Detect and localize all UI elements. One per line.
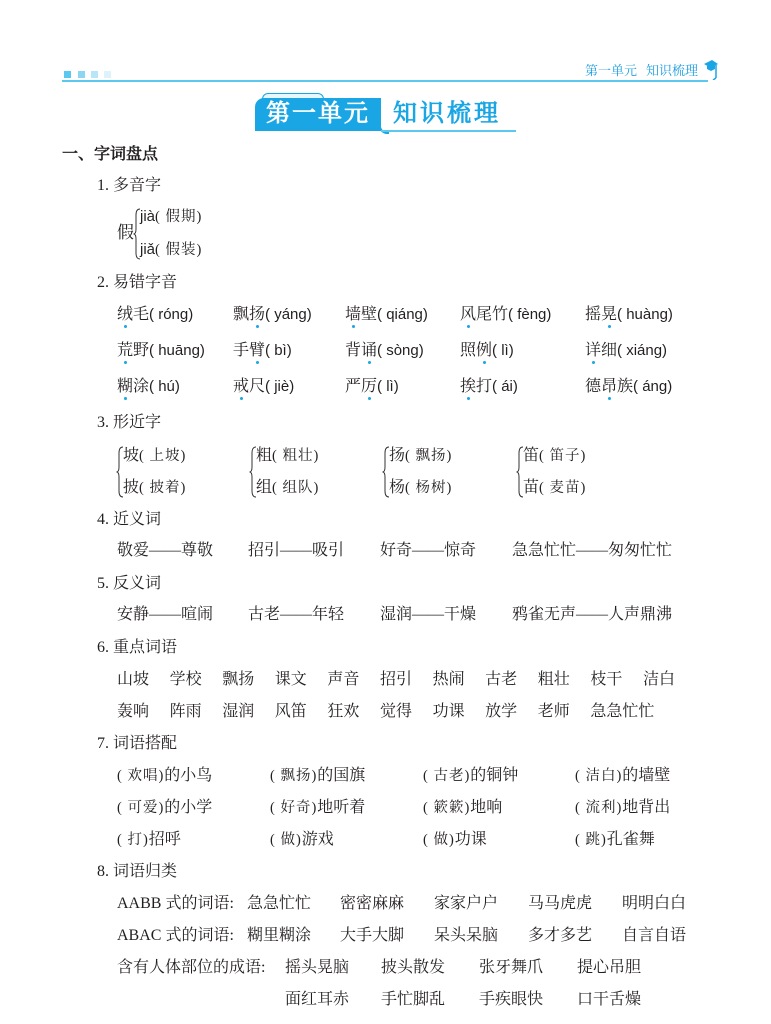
classified-word: 提心吊胆 xyxy=(577,958,641,978)
heading-error-prone: 2. 易错字音 xyxy=(97,273,177,293)
collocation: ( 可爱)的小学 xyxy=(117,798,212,818)
unit-badge: 第一单元 xyxy=(255,98,381,131)
collocation: ( 做)功课 xyxy=(423,830,487,850)
header-square-4 xyxy=(104,71,111,78)
collocation: ( 打)招呼 xyxy=(117,830,181,850)
key-words-row-2: 轰响 阵雨 湿润 风笛 狂欢 觉得 功课 放学 老师 急急忙忙 xyxy=(117,702,643,722)
key-word: 古老 xyxy=(485,670,538,690)
header-title: 知识梳理 xyxy=(646,62,698,80)
error-prone-item: 荒野( huāng) xyxy=(117,341,205,361)
error-prone-item: 挨打( ái) xyxy=(460,377,518,397)
error-prone-item: 飘扬( yáng) xyxy=(233,305,312,325)
banner-title: 知识梳理 xyxy=(393,98,501,131)
heading-synonyms: 4. 近义词 xyxy=(97,510,161,530)
error-prone-item: 绒毛( róng) xyxy=(117,305,193,325)
antonym-pair: 鸦雀无声——人声鼎沸 xyxy=(512,605,672,625)
classified-word: 披头散发 xyxy=(381,958,445,978)
classified-word: 急急忙忙 xyxy=(247,894,311,914)
heading-similar-chars: 3. 形近字 xyxy=(97,413,161,433)
banner-underline xyxy=(381,130,516,132)
classified-word: 家家户户 xyxy=(434,894,498,914)
classified-word: 多才多艺 xyxy=(528,926,592,946)
classified-word: 大手大脚 xyxy=(340,926,404,946)
error-prone-item: 糊涂( hú) xyxy=(117,377,180,397)
section-title: 一、字词盘点 xyxy=(62,145,158,165)
key-word: 学校 xyxy=(170,670,223,690)
heading-polyphonic: 1. 多音字 xyxy=(97,176,161,196)
error-prone-item: 背诵( sòng) xyxy=(345,341,424,361)
classified-word: 口干舌燥 xyxy=(577,990,641,1010)
synonym-pair: 招引——吸引 xyxy=(248,541,344,561)
key-word: 热闹 xyxy=(433,670,486,690)
key-word: 觉得 xyxy=(380,702,433,722)
classified-word: 呆头呆脑 xyxy=(434,926,498,946)
key-word: 声音 xyxy=(327,670,380,690)
antonym-pair: 安静——喧闹 xyxy=(117,605,213,625)
key-word: 湿润 xyxy=(222,702,275,722)
classified-word: 自言自语 xyxy=(622,926,686,946)
error-prone-item: 详细( xiáng) xyxy=(585,341,667,361)
collocation: ( 做)游戏 xyxy=(270,830,334,850)
graduation-cap-icon xyxy=(703,58,719,85)
classified-word: 密密麻麻 xyxy=(340,894,404,914)
key-word: 招引 xyxy=(380,670,433,690)
synonym-pair: 好奇——惊奇 xyxy=(380,541,476,561)
error-prone-item: 摇晃( huàng) xyxy=(585,305,673,325)
error-prone-item: 手臂( bì) xyxy=(233,341,292,361)
collocation: ( 好奇)地听着 xyxy=(270,798,365,818)
key-word: 飘扬 xyxy=(222,670,275,690)
collocation: ( 跳)孔雀舞 xyxy=(575,830,655,850)
classified-word: 马马虎虎 xyxy=(528,894,592,914)
key-word: 狂欢 xyxy=(327,702,380,722)
header-unit: 第一单元 xyxy=(585,62,637,80)
key-word: 轰响 xyxy=(117,702,170,722)
key-words-row-1: 山坡 学校 飘扬 课文 声音 招引 热闹 古老 粗壮 枝干 洁白 xyxy=(117,670,696,690)
classification-label: AABB 式的词语: xyxy=(117,894,234,914)
antonym-pair: 古老——年轻 xyxy=(248,605,344,625)
polyphonic-reading-2: jiǎ( 假装) xyxy=(140,240,202,260)
error-prone-item: 照例( lì) xyxy=(460,341,514,361)
classified-word: 摇头晃脑 xyxy=(285,958,349,978)
classified-word: 糊里糊涂 xyxy=(247,926,311,946)
collocation: ( 欢唱)的小鸟 xyxy=(117,766,212,786)
error-prone-item: 风尾竹( fèng) xyxy=(460,305,551,325)
header-square-1 xyxy=(64,71,71,78)
heading-antonyms: 5. 反义词 xyxy=(97,574,161,594)
heading-collocations: 7. 词语搭配 xyxy=(97,734,177,754)
error-prone-item: 德昂族( áng) xyxy=(585,377,672,397)
classified-word: 手忙脚乱 xyxy=(381,990,445,1010)
error-prone-item: 严厉( lì) xyxy=(345,377,399,397)
error-prone-item: 墙壁( qiáng) xyxy=(345,305,428,325)
header-rule xyxy=(62,80,708,82)
classified-word: 面红耳赤 xyxy=(285,990,349,1010)
polyphonic-reading-1: jià( 假期) xyxy=(140,207,202,227)
collocation: ( 流利)地背出 xyxy=(575,798,670,818)
synonym-pair: 急急忙忙——匆匆忙忙 xyxy=(512,541,672,561)
collocation: ( 古老)的铜钟 xyxy=(423,766,518,786)
header-square-3 xyxy=(91,71,98,78)
classification-label: ABAC 式的词语: xyxy=(117,926,234,946)
collocation: ( 飘扬)的国旗 xyxy=(270,766,365,786)
key-word: 山坡 xyxy=(117,670,170,690)
heading-key-words: 6. 重点词语 xyxy=(97,638,177,658)
key-word: 放学 xyxy=(485,702,538,722)
classified-word: 张牙舞爪 xyxy=(479,958,543,978)
key-word: 洁白 xyxy=(643,670,696,690)
header-square-2 xyxy=(78,71,85,78)
classification-label: 含有人体部位的成语: xyxy=(117,958,265,978)
classified-word: 手疾眼快 xyxy=(479,990,543,1010)
polyphonic-char: 假 xyxy=(117,223,134,243)
heading-classification: 8. 词语归类 xyxy=(97,862,177,882)
key-word: 急急忙忙 xyxy=(590,702,643,722)
key-word: 风笛 xyxy=(275,702,328,722)
synonym-pair: 敬爱——尊敬 xyxy=(117,541,213,561)
classified-word: 明明白白 xyxy=(622,894,686,914)
error-prone-item: 戒尺( jiè) xyxy=(233,377,294,397)
key-word: 阵雨 xyxy=(170,702,223,722)
antonym-pair: 湿润——干燥 xyxy=(380,605,476,625)
collocation: ( 簌簌)地响 xyxy=(423,798,502,818)
key-word: 粗壮 xyxy=(538,670,591,690)
key-word: 课文 xyxy=(275,670,328,690)
key-word: 老师 xyxy=(538,702,591,722)
key-word: 功课 xyxy=(433,702,486,722)
key-word: 枝干 xyxy=(590,670,643,690)
collocation: ( 洁白)的墙壁 xyxy=(575,766,670,786)
